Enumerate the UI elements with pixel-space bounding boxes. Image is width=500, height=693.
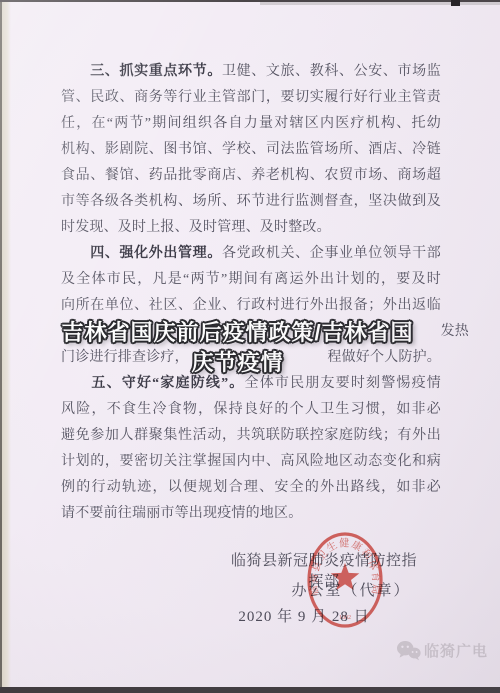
doc-line: 市等各级各类机构、场所、环节进行监测督查，坚决做到及	[61, 189, 441, 215]
doc-line: 任，在“两节”期间组织各自力量对辖区内医疗机构、托幼	[61, 111, 441, 137]
overlay-title-line2: 庆节疫情	[0, 348, 475, 378]
wechat-icon	[396, 640, 421, 661]
seal-star-icon	[331, 563, 360, 590]
doc-line: 计划的，要密切关注掌握国内中、高风险地区动态变化和病	[61, 449, 441, 475]
doc-line: 四、强化外出管理。各党政机关、企事业单位领导干部	[61, 241, 441, 267]
doc-line: 机构、影剧院、图书馆、学校、司法监管场所、酒店、冷链	[61, 137, 441, 163]
doc-line: 及全体市民，凡是“两节”期间有离运外出计划的，要及时	[61, 267, 441, 293]
page-edge-notch	[451, 0, 460, 6]
doc-line: 管、民政、商务等行业主管部门，要切实履行好行业主管责	[61, 85, 441, 111]
doc-line: 三、抓实重点环节。卫健、文旅、教科、公安、市场监	[61, 59, 441, 85]
overlay-title-line1: 吉林省国庆前后疫情政策/吉林省国	[0, 318, 475, 348]
doc-line: 食品、餐馆、药品批零商店、养老机构、农贸市场、商场超	[61, 163, 441, 189]
watermark: 临猗广电	[396, 640, 488, 661]
official-seal: 临猗县卫生健康和体育局 1002	[286, 512, 404, 648]
overlay-title: 吉林省国庆前后疫情政策/吉林省国 庆节疫情	[0, 318, 475, 378]
watermark-label: 临猗广电	[424, 640, 488, 661]
doc-text: 三、抓实重点环节。卫健、文旅、教科、公安、市场监 管、民政、商务等行业主管部门，…	[61, 59, 441, 527]
page-edge-bottom	[0, 687, 500, 693]
document-photo: 三、抓实重点环节。卫健、文旅、教科、公安、市场监 管、民政、商务等行业主管部门，…	[0, 0, 500, 693]
seal-number: 1002	[339, 615, 351, 621]
doc-line: 风险，不食生冷食物，保持良好的个人卫生习惯，如非必要，	[61, 397, 441, 423]
doc-line: 避免参加人群聚集性活动，共筑联防联控家庭防线；有外出	[61, 423, 441, 449]
doc-line: 时发现、及时上报、及时管理、及时整改。	[61, 215, 441, 241]
page-edge-top-highlight	[260, 2, 500, 5]
doc-line: 例的行动轨迹，以便规划合理、安全的外出路线，如非必要，	[61, 475, 441, 501]
doc-line: 向所在单位、社区、企业、行政村进行外出报备；外出返临	[61, 293, 441, 319]
